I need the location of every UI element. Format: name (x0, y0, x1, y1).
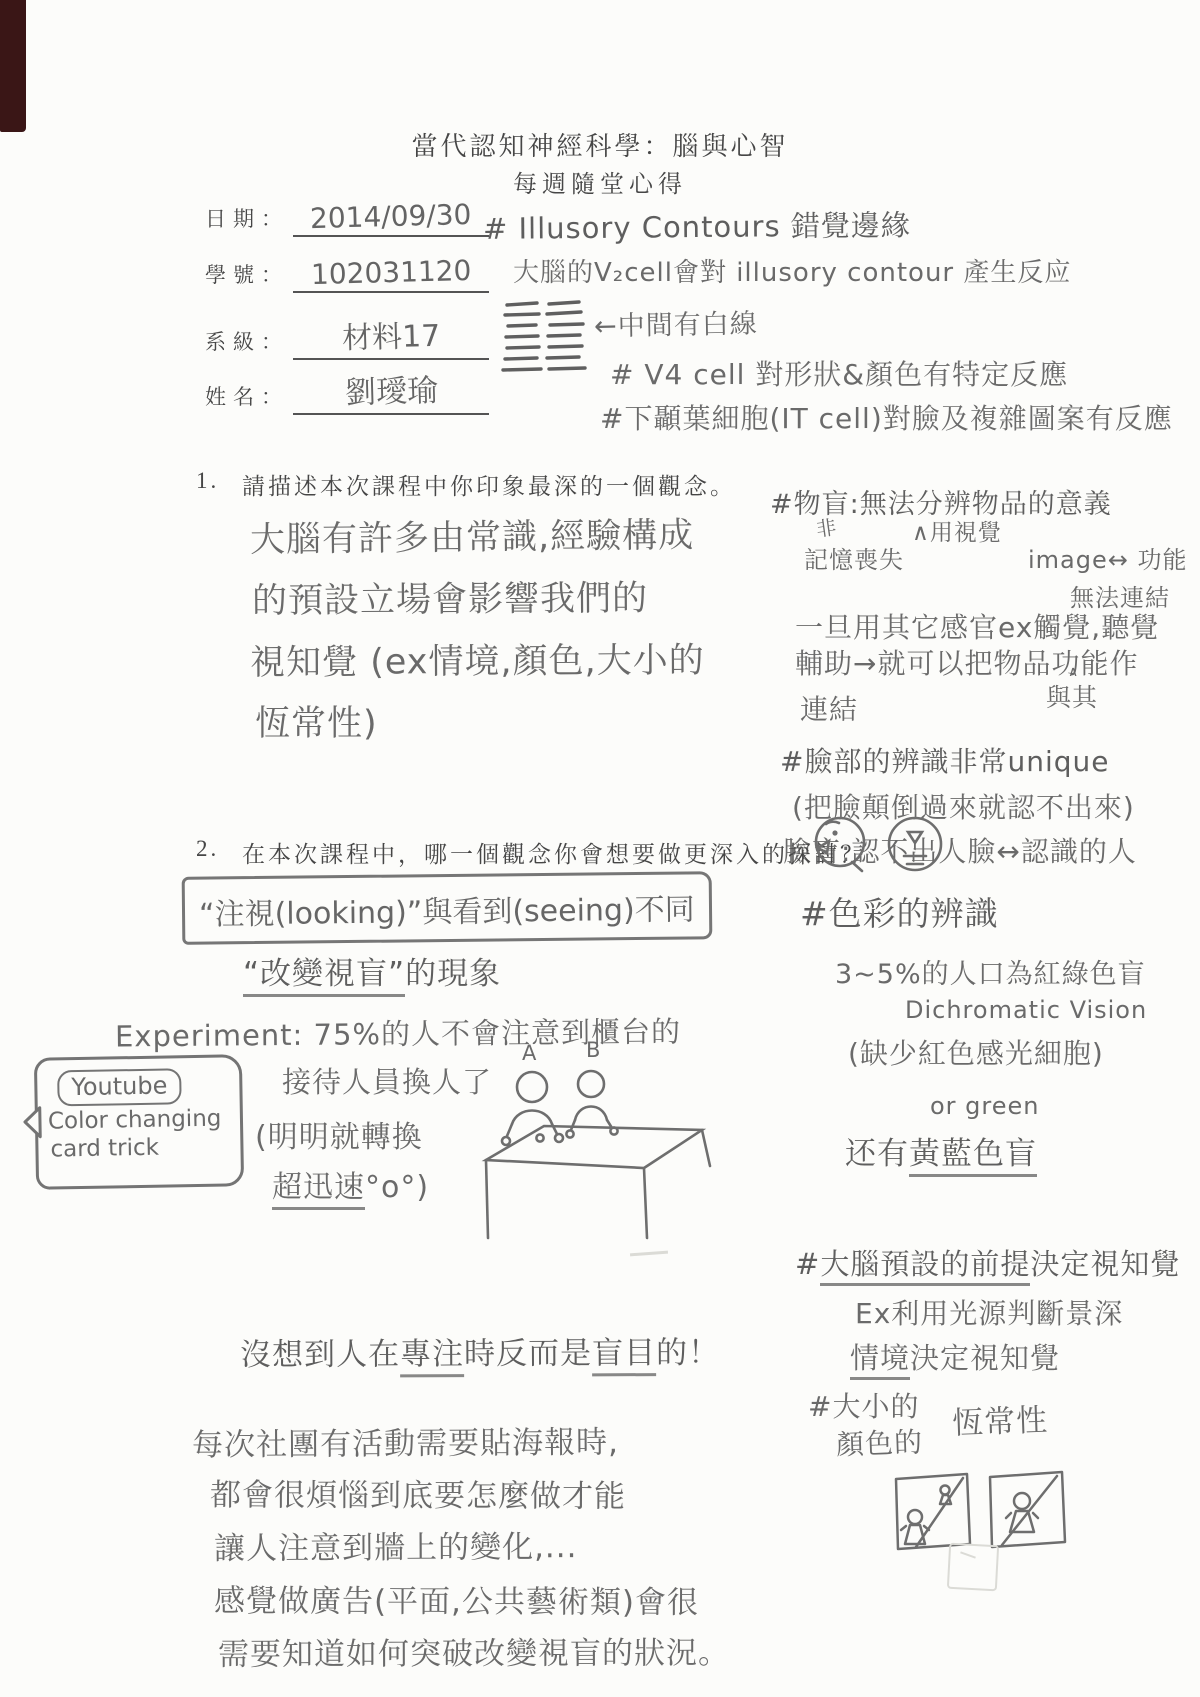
field-student-id-value: 102031120 (310, 254, 471, 291)
note-or-green: or green (930, 1092, 1040, 1120)
note-constancy-word: 恆常性 (951, 1394, 1049, 1442)
q1-answer-line-4: 恆常性) (255, 696, 378, 746)
clerk-a-label: A (522, 1041, 537, 1065)
q2-conclusion: 沒想到人在專注時反而是盲目的！ (240, 1327, 720, 1375)
face-doodles-sketch (812, 810, 952, 880)
question-2: 2. 在本次課程中，哪一個觀念你會想要做更深入的探討？ (196, 836, 866, 869)
question-1-text: 請描述本次課程中你印象最深的一個觀念。 (242, 468, 736, 501)
note-memory-loss: 記憶喪失 (804, 540, 904, 575)
note-v2-line: 大腦的V₂cell會對 illusory contour 產生反应 (513, 252, 1071, 289)
course-subtitle: 每週隨堂心得 (0, 164, 1200, 199)
field-name-line: 劉璦瑜 (293, 366, 489, 415)
note-color-heading: #色彩的辨識 (800, 888, 999, 935)
reflection-line-3: 讓人注意到牆上的變化,... (214, 1521, 578, 1568)
question-1-number: 1. (196, 468, 242, 501)
question-2-text: 在本次課程中，哪一個觀念你會想要做更深入的探討？ (242, 836, 866, 869)
note-constancy-color: 顏色的 (835, 1420, 923, 1463)
note-illusory-heading: # Illusory Contours 錯覺邊緣 (483, 203, 911, 248)
pencil-smudge (630, 1251, 668, 1257)
note-sense-line-1: 一旦用其它感官ex觸覺,聽覺 (795, 606, 1159, 646)
speech-bubble-tail (22, 1107, 43, 1139)
note-colorblind-rate: 3~5%的人口為紅綠色盲 (835, 952, 1146, 991)
field-student-id-label: 學號： (205, 259, 289, 293)
reflection-line-5: 需要知道如何突破改變視盲的狀況。 (218, 1627, 730, 1674)
field-student-id-line: 102031120 (293, 256, 489, 293)
course-title: 當代認知神經科學：腦與心智 (0, 126, 1200, 163)
field-date-label: 日期： (205, 203, 289, 237)
note-lines-caption: ←中間有白線 (594, 302, 758, 344)
note-sense-line-2: 輔助→就可以把物品功能作 (795, 642, 1138, 682)
reflection-line-1: 每次社團有活動需要貼海報時, (192, 1417, 619, 1465)
bubble-card-trick: card trick (50, 1133, 240, 1162)
note-insert-with: 與其 (1046, 678, 1098, 714)
question-1: 1. 請描述本次課程中你印象最深的一個觀念。 (196, 468, 736, 501)
field-date: 日期： 2014/09/30 (205, 200, 489, 237)
field-name: 姓名： 劉璦瑜 (205, 366, 489, 415)
note-insert-use-vision: ∧用視覺 (912, 514, 1002, 547)
q1-answer-line-2: 的預設立場會影響我們的 (252, 571, 648, 624)
size-constancy-frames-sketch (893, 1470, 1068, 1555)
field-department-line: 材料17 (293, 312, 489, 360)
question-2-number: 2. (196, 836, 242, 869)
note-dichromatic: Dichromatic Vision (905, 996, 1147, 1024)
note-not-mark: 非 (814, 511, 839, 543)
field-student-id: 學號： 102031120 (205, 256, 489, 293)
field-name-label: 姓名： (205, 381, 289, 415)
note-brain-premise: #大腦預設的前提決定視知覺 (795, 1242, 1180, 1283)
aside-line-2: 超迅速°o°) (272, 1162, 429, 1206)
field-department-label: 系級： (205, 326, 289, 360)
experiment-line-2: 接待人員換人了 (282, 1060, 492, 1101)
field-date-value: 2014/09/30 (310, 198, 472, 235)
speech-bubble: Youtube Color changing card trick (34, 1054, 244, 1190)
note-it-cell-line: #下顳葉細胞(IT cell)對臉及複雜圖案有反應 (600, 397, 1173, 437)
note-v4-line: # V4 cell 對形狀&顏色有特定反應 (610, 353, 1068, 393)
aside-line-1: (明明就轉換 (255, 1112, 423, 1156)
reflection-line-2: 都會很煩惱到底要怎麼做才能 (210, 1469, 626, 1515)
illusory-contour-lines-sketch (503, 296, 593, 380)
q1-answer-line-1: 大腦有許多由常識,經驗構成 (250, 508, 695, 563)
note-image-function: image↔ 功能 (1028, 540, 1188, 575)
bubble-youtube-label: Youtube (57, 1068, 182, 1106)
reflection-line-4: 感覺做廣告(平面,公共藝術類)會很 (214, 1575, 699, 1622)
note-depth-example: Ex利用光源判斷景深 (855, 1292, 1123, 1332)
counter-change-blindness-sketch: A B (478, 1040, 718, 1240)
scan-artifact-corner-bar (0, 0, 26, 132)
note-context: 情境決定視知覺 (850, 1336, 1060, 1377)
q2-phenomenon: “改變視盲”的現象 (243, 948, 501, 993)
bubble-color-changing: Color changing (48, 1105, 240, 1134)
field-name-value: 劉璦瑜 (344, 365, 438, 412)
faint-doodle (947, 1543, 999, 1592)
field-date-line: 2014/09/30 (293, 200, 489, 237)
note-yellow-blue: 还有黃藍色盲 (845, 1128, 1037, 1173)
field-department: 系級： 材料17 (205, 312, 489, 360)
note-face-unique: #臉部的辨識非常unique (780, 740, 1109, 780)
q1-answer-line-3: 視知覺 (ex情境,顏色,大小的 (250, 633, 705, 685)
scanned-worksheet-page: 當代認知神經科學：腦與心智 每週隨堂心得 日期： 2014/09/30 學號： … (0, 0, 1200, 1697)
note-constancy-size: #大小的 (808, 1385, 919, 1425)
note-missing-cells: (缺少紅色感光細胞) (848, 1032, 1104, 1072)
note-sense-line-3: 連結 (800, 688, 858, 728)
q2-boxed-concept: “注視(looking)”與看到(seeing)不同 (182, 871, 712, 945)
clerk-b-label: B (586, 1038, 600, 1062)
field-department-value: 材料17 (341, 311, 440, 358)
